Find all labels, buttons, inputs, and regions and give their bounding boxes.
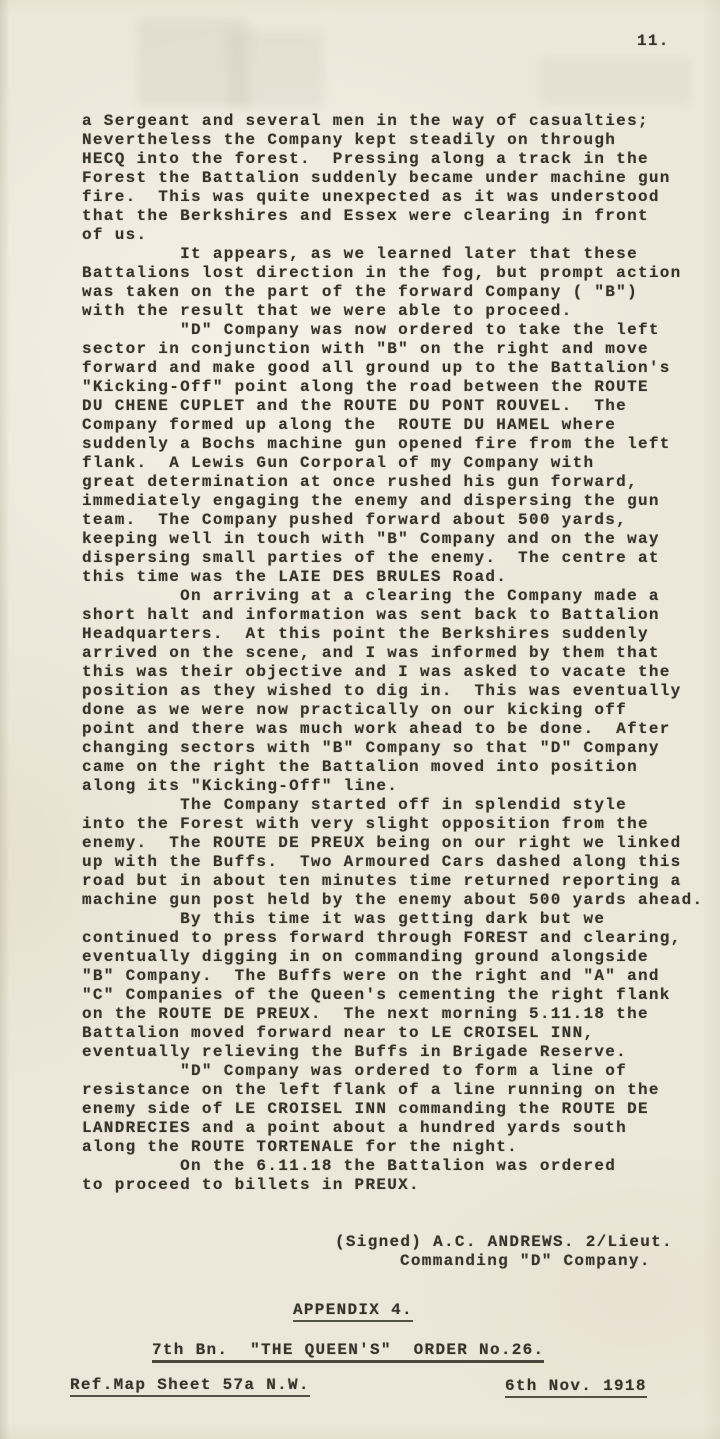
appendix-heading-text: APPENDIX 4. <box>293 1301 413 1322</box>
order-date-text: 6th Nov. 1918 <box>505 1377 647 1398</box>
scanned-paper-page: 11. a Sergeant and several men in the wa… <box>0 0 720 1439</box>
signature-line: (Signed) A.C. ANDREWS. 2/Lieut. <box>335 1233 673 1252</box>
map-reference: Ref.Map Sheet 57a N.W. <box>70 1376 310 1394</box>
order-heading: 7th Bn. "THE QUEEN'S" ORDER No.26. <box>152 1341 544 1359</box>
bleed-through-smudge <box>228 30 323 108</box>
map-reference-text: Ref.Map Sheet 57a N.W. <box>70 1376 310 1397</box>
order-heading-text: 7th Bn. "THE QUEEN'S" ORDER No.26. <box>152 1341 544 1363</box>
bleed-through-smudge <box>540 58 690 104</box>
page-number: 11. <box>637 32 670 50</box>
appendix-heading: APPENDIX 4. <box>293 1301 413 1319</box>
signature-title-line: Commanding "D" Company. <box>400 1252 651 1271</box>
document-body-text: a Sergeant and several men in the way of… <box>82 112 703 1195</box>
order-date: 6th Nov. 1918 <box>505 1377 647 1395</box>
